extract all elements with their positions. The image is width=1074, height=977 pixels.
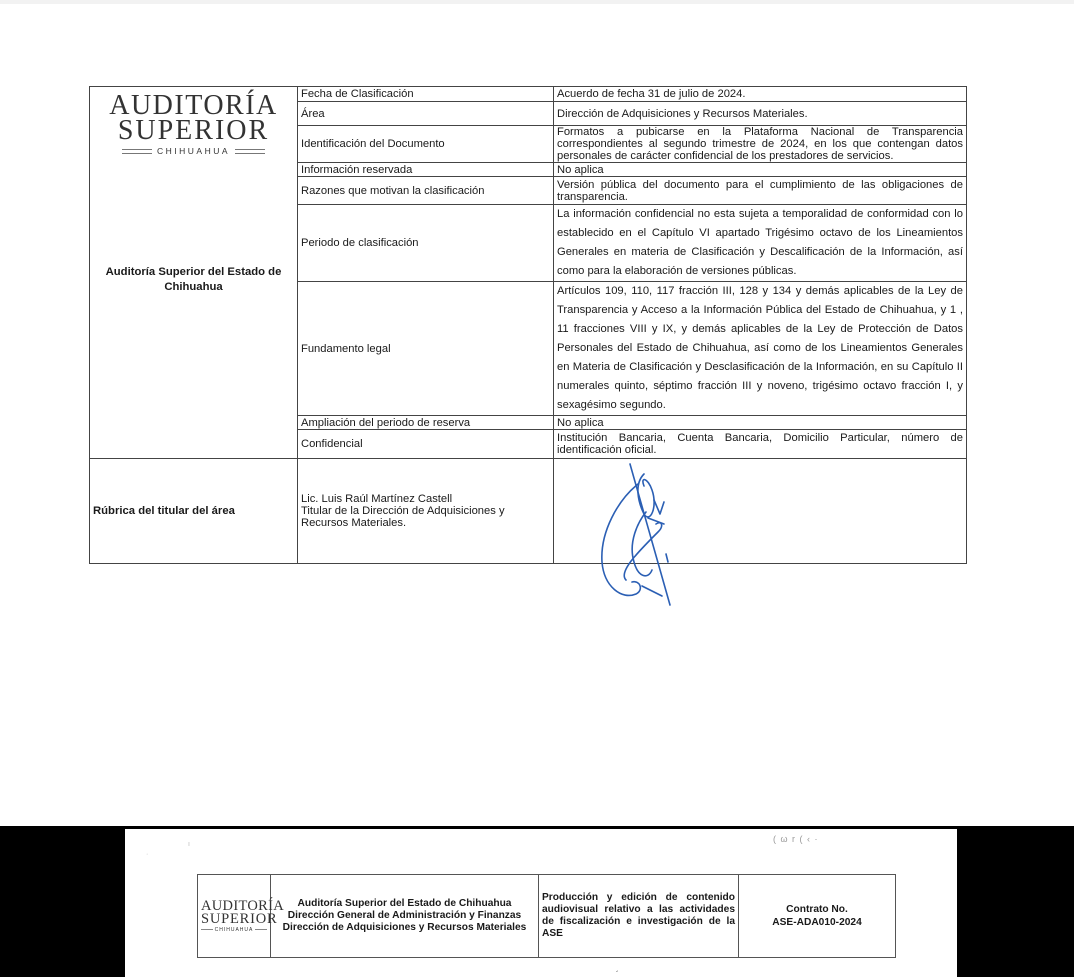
row-label: Fundamento legal [298, 282, 554, 416]
logo-rule-right [255, 929, 267, 930]
logo-rule-left [201, 929, 213, 930]
titular-cell: Lic. Luis Raúl Martínez Castell Titular … [298, 459, 554, 564]
row-label: Área [298, 102, 554, 126]
row-label: Periodo de clasificación [298, 205, 554, 282]
row-value: Dirección de Adquisiciones y Recursos Ma… [554, 102, 967, 126]
entity-line: Auditoría Superior del Estado de Chihuah… [274, 898, 535, 910]
row-label: Confidencial [298, 430, 554, 459]
text-fragment: ´ [616, 970, 619, 977]
classification-table: AUDITORÍA SUPERIOR CHIHUAHUA Auditoría S… [89, 86, 967, 564]
row-label: Información reservada [298, 163, 554, 177]
logo-rule-right [235, 149, 265, 154]
row-value: Artículos 109, 110, 117 fracción III, 12… [554, 282, 967, 416]
row-value: No aplica [554, 416, 967, 430]
contract-label: Contrato No. [742, 903, 892, 916]
logo-line-3: CHIHUAHUA [201, 927, 267, 933]
contract-number: ASE-ADA010-2024 [742, 916, 892, 929]
signature-row: Rúbrica del titular del área Lic. Luis R… [90, 459, 967, 564]
scan-speck: ı [188, 841, 190, 848]
entity-name: Auditoría Superior del Estado de Chihuah… [90, 265, 297, 295]
row-value: Acuerdo de fecha 31 de julio de 2024. [554, 87, 967, 102]
header-contract-cell: Contrato No. ASE-ADA010-2024 [739, 875, 896, 958]
signature-cell [554, 459, 967, 564]
top-edge [0, 0, 1074, 4]
document-page: AUDITORÍA SUPERIOR CHIHUAHUA Auditoría S… [0, 0, 1074, 826]
table-row: AUDITORÍA SUPERIOR CHIHUAHUA Auditoría S… [90, 87, 967, 102]
row-value: Formatos a pubicarse en la Plataforma Na… [554, 126, 967, 163]
header-logo-cell: AUDITORÍA SUPERIOR CHIHUAHUA [198, 875, 271, 958]
titular-title-line-2: Recursos Materiales. [301, 517, 550, 529]
row-label: Identificación del Documento [298, 126, 554, 163]
entity-line: Dirección General de Administración y Fi… [274, 910, 535, 922]
entity-cell: AUDITORÍA SUPERIOR CHIHUAHUA Auditoría S… [90, 87, 298, 459]
row-label: Razones que motivan la clasificación [298, 177, 554, 205]
titular-name: Lic. Luis Raúl Martínez Castell [301, 493, 550, 505]
logo-rule-left [122, 149, 152, 154]
next-page: ( ω r ( ‹ · ı · AUDITORÍA SUPERIOR CHIHU… [125, 829, 957, 977]
logo-line-2: SUPERIOR [201, 913, 267, 926]
signature-label: Rúbrica del titular del área [90, 459, 298, 564]
contract-header-table: AUDITORÍA SUPERIOR CHIHUAHUA Auditoría S… [197, 874, 896, 958]
header-entity-cell: Auditoría Superior del Estado de Chihuah… [271, 875, 539, 958]
row-value: Versión pública del documento para el cu… [554, 177, 967, 205]
auditoria-logo: AUDITORÍA SUPERIOR CHIHUAHUA [90, 87, 297, 157]
logo-subtitle: CHIHUAHUA [157, 145, 230, 157]
row-label: Fecha de Clasificación [298, 87, 554, 102]
titular-title-line-1: Titular de la Dirección de Adquisiciones… [301, 505, 550, 517]
row-label: Ampliación del periodo de reserva [298, 416, 554, 430]
logo-line-2: SUPERIOR [90, 118, 297, 143]
row-value: No aplica [554, 163, 967, 177]
scan-speck: · [146, 851, 148, 858]
logo-subtitle: CHIHUAHUA [215, 927, 254, 933]
logo-line-3: CHIHUAHUA [90, 145, 297, 157]
row-value: La información confidencial no esta suje… [554, 205, 967, 282]
auditoria-logo-small: AUDITORÍA SUPERIOR CHIHUAHUA [201, 900, 267, 933]
header-subject-cell: Producción y edición de contenido audiov… [539, 875, 739, 958]
entity-line: Dirección de Adquisiciones y Recursos Ma… [274, 922, 535, 934]
handwritten-mark: ( ω r ( ‹ · [773, 834, 819, 844]
row-value: Institución Bancaria, Cuenta Bancaria, D… [554, 430, 967, 459]
